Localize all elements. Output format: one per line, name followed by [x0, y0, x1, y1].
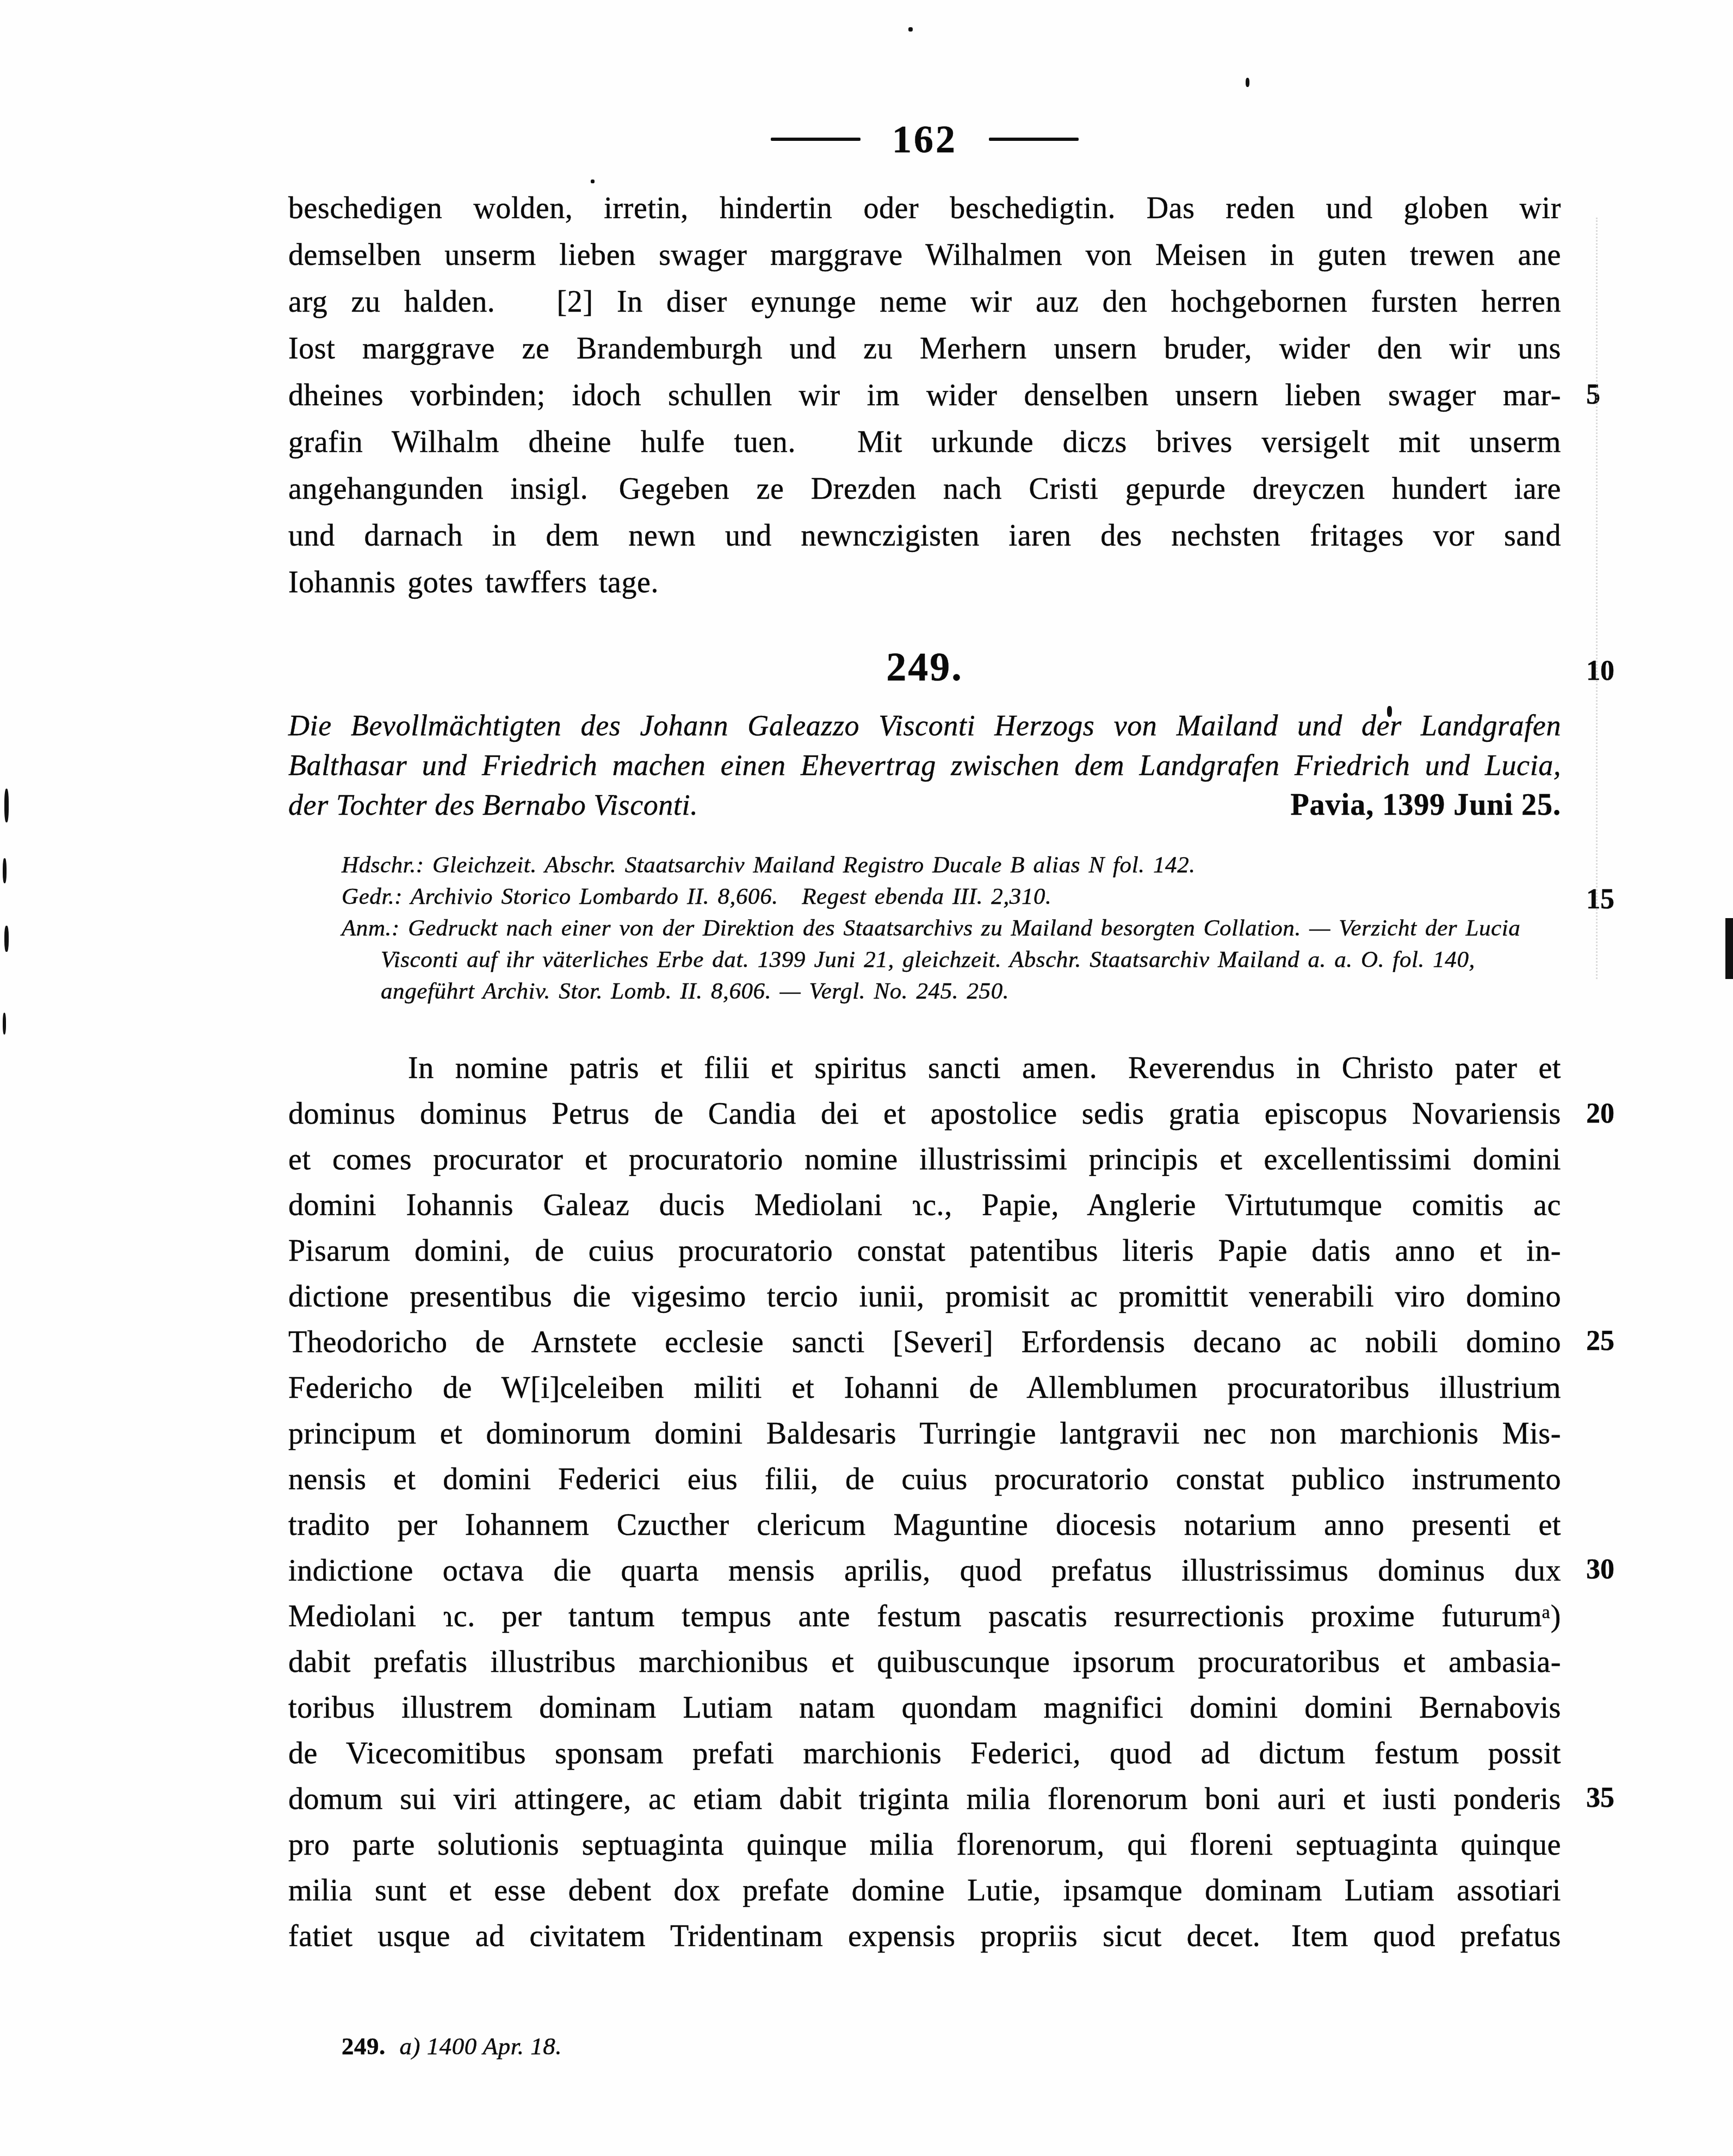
text-line: In nomine patris et filii et spiritus sa…: [288, 1045, 1561, 1091]
text-line: grafin Wilhalm dheine hulfe tuen. Mit ur…: [288, 419, 1561, 466]
scan-artifact: [3, 1013, 6, 1034]
text-line: nensis et domini Federici eius filii, de…: [288, 1457, 1561, 1502]
text-line: de Vicecomitibus sponsam prefati marchio…: [288, 1731, 1561, 1776]
page-number: 162: [892, 119, 957, 160]
apparatus-line: Gedr.: Archivio Storico Lombardo II. 8,6…: [342, 881, 1565, 913]
apparatus-line: Anm.: Gedruckt nach einer von der Direkt…: [342, 913, 1565, 944]
scan-artifact: [1596, 218, 1598, 979]
footnote-text: a) 1400 Apr. 18.: [400, 2033, 562, 2060]
scan-artifact: [3, 858, 7, 883]
page-header: 162: [288, 119, 1561, 160]
scan-artifact: [4, 789, 9, 822]
text-line: demselben unserm lieben swager marggrave…: [288, 232, 1561, 278]
scan-artifact: [1725, 918, 1733, 979]
charter-body-text: In nomine patris et filii et spiritus sa…: [288, 1045, 1561, 1959]
apparatus-line: Visconti auf ihr väterliches Erbe dat. 1…: [342, 944, 1565, 976]
apparatus-line: Hdschr.: Gleichzeit. Abschr. Staatsarchi…: [342, 850, 1565, 881]
text-line: Mediolani ɿc. per tantum tempus ante fes…: [288, 1594, 1561, 1639]
text-line: et comes procurator et procuratorio nomi…: [288, 1137, 1561, 1182]
margin-line-number-30: 30: [1586, 1556, 1657, 1584]
text-line: Pisarum domini, de cuius procuratorio co…: [288, 1228, 1561, 1274]
footnote: 249. a) 1400 Apr. 18.: [342, 2031, 562, 2061]
scan-artifact: [591, 179, 595, 183]
dateline: Pavia, 1399 Juni 25.: [1290, 785, 1561, 825]
scan-artifact: [1387, 706, 1392, 717]
scan-artifact: [908, 27, 913, 32]
text-line: arg zu halden. [2] In diser eynunge neme…: [288, 278, 1561, 325]
scan-artifact: [1246, 78, 1249, 87]
text-line: Federicho de W[i]celeiben militi et Ioha…: [288, 1365, 1561, 1411]
text-line: Iohannis gotes tawffers tage.: [288, 559, 1561, 606]
text-line: toribus illustrem dominam Lutiam natam q…: [288, 1685, 1561, 1731]
scanned-book-page: 162 beschedigen wolden, irretin, hindert…: [0, 0, 1733, 2156]
summary-last-line: der Tochter des Bernabo Visconti.: [288, 785, 698, 825]
document-summary: Die Bevollmächtigten des Johann Galeazzo…: [288, 706, 1561, 785]
text-line: Die Bevollmächtigten des Johann Galeazzo…: [288, 706, 1561, 746]
margin-line-number-25: 25: [1586, 1327, 1657, 1355]
text-line: indictione octava die quarta mensis apri…: [288, 1548, 1561, 1594]
text-line: beschedigen wolden, irretin, hindertin o…: [288, 185, 1561, 232]
text-line: dictione presentibus die vigesimo tercio…: [288, 1274, 1561, 1319]
text-line: milia sunt et esse debent dox prefate do…: [288, 1868, 1561, 1913]
text-line: pro parte solutionis septuaginta quinque…: [288, 1822, 1561, 1868]
text-line: Theodoricho de Arnstete ecclesie sancti …: [288, 1319, 1561, 1365]
margin-line-number-35: 35: [1586, 1784, 1657, 1812]
text-line: domini Iohannis Galeaz ducis Mediolani ɿ…: [288, 1182, 1561, 1228]
margin-line-number-20: 20: [1586, 1100, 1657, 1128]
apparatus-line: angeführt Archiv. Stor. Lomb. II. 8,606.…: [342, 976, 1565, 1007]
text-line: Balthasar und Friedrich machen einen Ehe…: [288, 746, 1561, 785]
summary-last-row: der Tochter des Bernabo Visconti. Pavia,…: [288, 785, 1561, 825]
page-number-rule-left: [771, 138, 861, 141]
text-line: principum et dominorum domini Baldesaris…: [288, 1411, 1561, 1457]
page-number-rule-right: [989, 138, 1079, 141]
scan-artifact: [4, 926, 9, 952]
text-line: domum sui viri attingere, ac etiam dabit…: [288, 1776, 1561, 1822]
text-line: dominus dominus Petrus de Candia dei et …: [288, 1091, 1561, 1137]
text-line: tradito per Iohannem Czucther clericum M…: [288, 1502, 1561, 1548]
text-line: angehangunden insigl. Gegeben ze Drezden…: [288, 466, 1561, 512]
document-number-heading: 249.: [288, 645, 1561, 690]
text-line: und darnach in dem newn und newnczigiste…: [288, 512, 1561, 559]
text-line: fatiet usque ad civitatem Tridentinam ex…: [288, 1913, 1561, 1959]
previous-document-text: beschedigen wolden, irretin, hindertin o…: [288, 185, 1561, 606]
text-line: dabit prefatis illustribus marchionibus …: [288, 1639, 1561, 1685]
text-line: dheines vorbinden; idoch schullen wir im…: [288, 372, 1561, 419]
text-line: Iost marggrave ze Brandemburgh und zu Me…: [288, 325, 1561, 372]
apparatus-block: Hdschr.: Gleichzeit. Abschr. Staatsarchi…: [342, 850, 1565, 1007]
footnote-document-number: 249.: [342, 2033, 386, 2060]
